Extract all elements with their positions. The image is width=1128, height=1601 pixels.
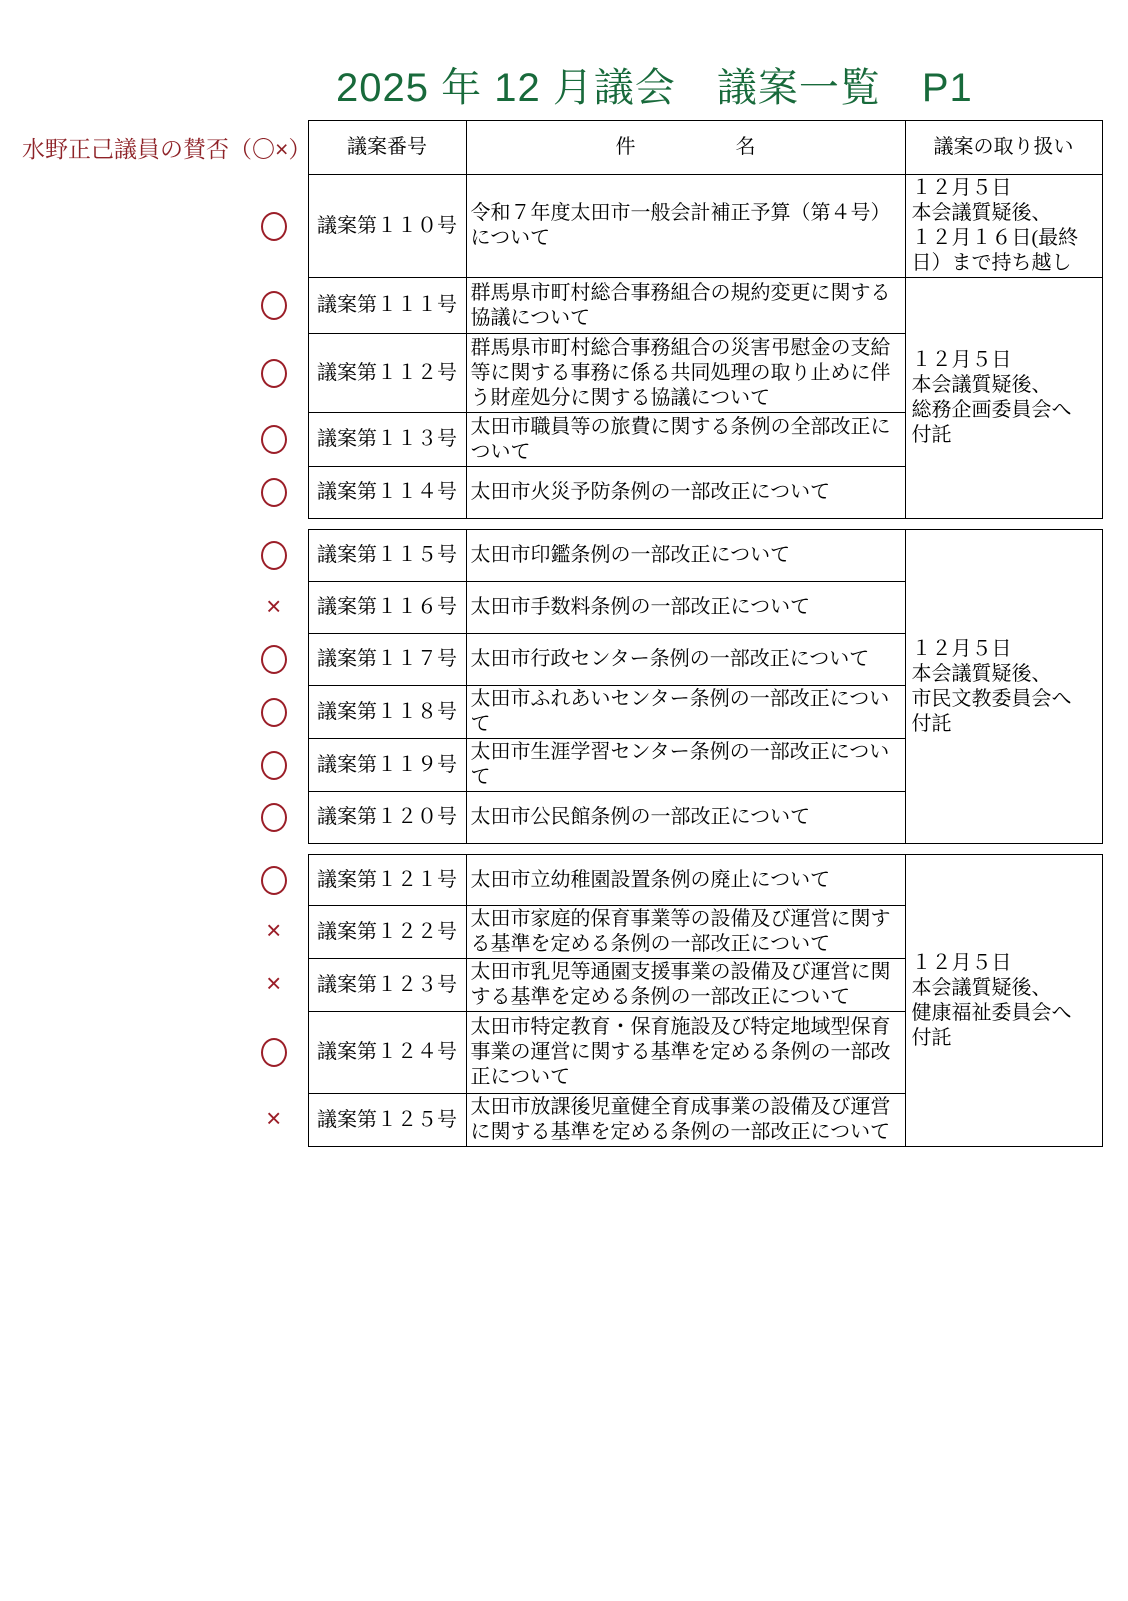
bills-table-block-2: 議案第１１５号太田市印鑑条例の一部改正について１２月５日 本会議質疑後、 市民文… — [240, 529, 1103, 844]
bill-number-cell: 議案第１１３号 — [308, 413, 466, 467]
vote-mark-cell — [240, 467, 308, 519]
bills-table: 議案番号件 名議案の取り扱い議案第１１０号令和７年度太田市一般会計補正予算（第４… — [240, 120, 1110, 1157]
bill-number-cell: 議案第１１２号 — [308, 334, 466, 413]
subject-cell: 太田市放課後児童健全育成事業の設備及び運営に関する基準を定める条例の一部改正につ… — [466, 1094, 905, 1147]
subject-cell: 太田市生涯学習センター条例の一部改正について — [466, 739, 905, 792]
handling-cell: １２月５日 本会議質疑後、 １２月１６日(最終 日）まで持ち越し — [905, 175, 1102, 278]
bill-row: 議案第１２１号太田市立幼稚園設置条例の廃止について１２月５日 本会議質疑後、 健… — [240, 855, 1102, 906]
circle-mark-icon — [261, 425, 287, 454]
bill-number-cell: 議案第１２２号 — [308, 906, 466, 959]
cross-mark-icon: × — [266, 968, 281, 998]
bill-row: 議案第１１０号令和７年度太田市一般会計補正予算（第４号）について１２月５日 本会… — [240, 175, 1102, 278]
bill-number-cell: 議案第１２５号 — [308, 1094, 466, 1147]
bills-table-block-1: 議案番号件 名議案の取り扱い議案第１１０号令和７年度太田市一般会計補正予算（第４… — [240, 120, 1103, 519]
bill-row: 議案第１１１号群馬県市町村総合事務組合の規約変更に関する協議について１２月５日 … — [240, 278, 1102, 334]
circle-mark-icon — [261, 803, 287, 832]
bill-number-cell: 議案第１２０号 — [308, 792, 466, 844]
subject-cell: 太田市家庭的保育事業等の設備及び運営に関する基準を定める条例の一部改正について — [466, 906, 905, 959]
vote-mark-cell — [240, 634, 308, 686]
bill-number-cell: 議案第１１０号 — [308, 175, 466, 278]
bill-number-cell: 議案第１２１号 — [308, 855, 466, 906]
circle-mark-icon — [261, 1038, 287, 1067]
vote-mark-cell — [240, 739, 308, 792]
vote-mark-cell — [240, 792, 308, 844]
subject-cell: 群馬県市町村総合事務組合の災害弔慰金の支給等に関する事務に係る共同処理の取り止め… — [466, 334, 905, 413]
bill-number-cell: 議案第１２４号 — [308, 1012, 466, 1094]
handling-cell: １２月５日 本会議質疑後、 総務企画委員会へ 付託 — [905, 278, 1102, 519]
bill-row: 議案第１１５号太田市印鑑条例の一部改正について１２月５日 本会議質疑後、 市民文… — [240, 530, 1102, 582]
circle-mark-icon — [261, 291, 287, 320]
subject-cell: 太田市立幼稚園設置条例の廃止について — [466, 855, 905, 906]
bill-number-cell: 議案第１１９号 — [308, 739, 466, 792]
vote-mark-cell — [240, 855, 308, 906]
header-row: 議案番号件 名議案の取り扱い — [240, 121, 1102, 175]
handling-cell: １２月５日 本会議質疑後、 健康福祉委員会へ 付託 — [905, 855, 1102, 1147]
vote-mark-cell — [240, 530, 308, 582]
circle-mark-icon — [261, 645, 287, 674]
circle-mark-icon — [261, 751, 287, 780]
bill-number-cell: 議案第１１７号 — [308, 634, 466, 686]
vote-mark-cell — [240, 278, 308, 334]
circle-mark-icon — [261, 359, 287, 388]
subject-cell: 太田市特定教育・保育施設及び特定地域型保育事業の運営に関する基準を定める条例の一… — [466, 1012, 905, 1094]
handling-cell: １２月５日 本会議質疑後、 市民文教委員会へ 付託 — [905, 530, 1102, 844]
vote-mark-cell: × — [240, 582, 308, 634]
vote-mark-cell — [240, 175, 308, 278]
cross-mark-icon: × — [266, 1103, 281, 1133]
subject-cell: 太田市職員等の旅費に関する条例の全部改正について — [466, 413, 905, 467]
bill-number-cell: 議案第１１６号 — [308, 582, 466, 634]
header-bill-number: 議案番号 — [308, 121, 466, 175]
bill-number-cell: 議案第１１８号 — [308, 686, 466, 739]
vote-mark-cell — [240, 334, 308, 413]
subject-cell: 太田市乳児等通園支援事業の設備及び運営に関する基準を定める条例の一部改正について — [466, 959, 905, 1012]
subject-cell: 太田市印鑑条例の一部改正について — [466, 530, 905, 582]
circle-mark-icon — [261, 478, 287, 507]
subject-cell: 太田市ふれあいセンター条例の一部改正について — [466, 686, 905, 739]
subject-cell: 太田市火災予防条例の一部改正について — [466, 467, 905, 519]
vote-mark-cell: × — [240, 959, 308, 1012]
circle-mark-icon — [261, 866, 287, 895]
subject-cell: 太田市手数料条例の一部改正について — [466, 582, 905, 634]
cross-mark-icon: × — [266, 915, 281, 945]
subject-cell: 群馬県市町村総合事務組合の規約変更に関する協議について — [466, 278, 905, 334]
header-corner-cell — [240, 121, 308, 175]
subject-cell: 太田市公民館条例の一部改正について — [466, 792, 905, 844]
vote-mark-cell: × — [240, 906, 308, 959]
bill-number-cell: 議案第１１５号 — [308, 530, 466, 582]
circle-mark-icon — [261, 698, 287, 727]
vote-mark-cell: × — [240, 1094, 308, 1147]
subject-cell: 令和７年度太田市一般会計補正予算（第４号）について — [466, 175, 905, 278]
header-handling: 議案の取り扱い — [905, 121, 1102, 175]
document-page: { "page": { "title": "2025 年 12 月議会 議案一覧… — [0, 0, 1128, 1601]
vote-mark-cell — [240, 686, 308, 739]
bill-number-cell: 議案第１１４号 — [308, 467, 466, 519]
circle-mark-icon — [261, 541, 287, 570]
cross-mark-icon: × — [266, 591, 281, 621]
page-title: 2025 年 12 月議会 議案一覧 P1 — [336, 56, 973, 113]
vote-mark-cell — [240, 413, 308, 467]
vote-mark-cell — [240, 1012, 308, 1094]
subject-cell: 太田市行政センター条例の一部改正について — [466, 634, 905, 686]
bill-number-cell: 議案第１１１号 — [308, 278, 466, 334]
header-subject: 件 名 — [466, 121, 905, 175]
bills-table-block-3: 議案第１２１号太田市立幼稚園設置条例の廃止について１２月５日 本会議質疑後、 健… — [240, 854, 1103, 1147]
bill-number-cell: 議案第１２３号 — [308, 959, 466, 1012]
circle-mark-icon — [261, 212, 287, 241]
